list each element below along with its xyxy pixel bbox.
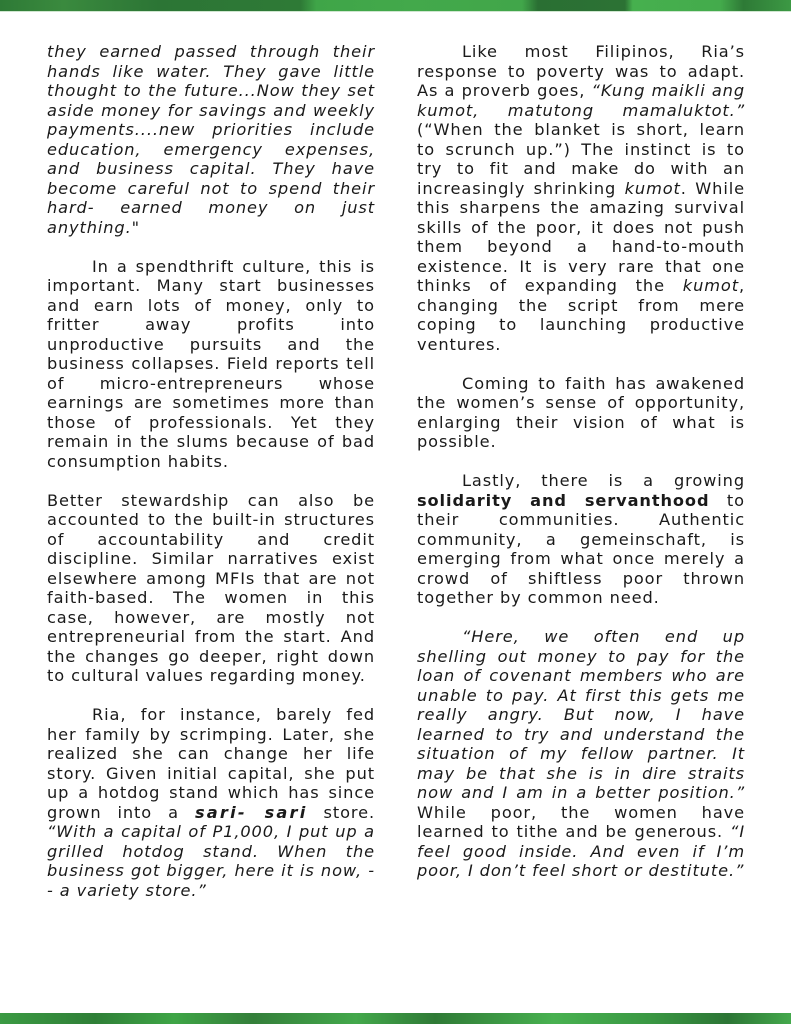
paragraph-ria-story: Ria, for instance, barely fed her family… bbox=[47, 705, 375, 900]
paragraph-text: While poor, the women have learned to ti… bbox=[417, 803, 745, 842]
right-column: Like most Filipinos, Ria’s response to p… bbox=[417, 42, 745, 900]
top-green-band bbox=[0, 0, 791, 12]
kumot-term: kumot bbox=[683, 276, 739, 295]
paragraph-coming-to-faith: Coming to faith has awakened the women’s… bbox=[417, 374, 745, 452]
paragraph-better-stewardship: Better stewardship can also be accounted… bbox=[47, 491, 375, 686]
solidarity-emphasis: solidarity and servanthood bbox=[417, 491, 709, 510]
bottom-green-band bbox=[0, 1013, 791, 1024]
paragraph-solidarity: Lastly, there is a growing solidarity an… bbox=[417, 471, 745, 608]
left-column: they earned passed through their hands l… bbox=[47, 42, 375, 920]
paragraph-text: Better stewardship can also be accounted… bbox=[47, 491, 375, 686]
quote-paragraph-savings: they earned passed through their hands l… bbox=[47, 42, 375, 237]
ria-quote: “With a capital of P1,000, I put up a gr… bbox=[47, 822, 375, 900]
paragraph-generosity-quote: “Here, we often end up shelling out mone… bbox=[417, 627, 745, 881]
quote-text: they earned passed through their hands l… bbox=[47, 42, 375, 237]
paragraph-text: In a spendthrift culture, this is import… bbox=[47, 257, 375, 471]
paragraph-text: store. bbox=[307, 803, 375, 822]
paragraph-text: Coming to faith has awakened the women’s… bbox=[417, 374, 745, 452]
paragraph-spendthrift-culture: In a spendthrift culture, this is import… bbox=[47, 257, 375, 472]
sari-sari-term: sari- sari bbox=[195, 803, 308, 822]
paragraph-adapt-proverb: Like most Filipinos, Ria’s response to p… bbox=[417, 42, 745, 354]
paragraph-text: Lastly, there is a growing bbox=[462, 471, 745, 490]
member-quote: “Here, we often end up shelling out mone… bbox=[417, 627, 745, 802]
kumot-term: kumot bbox=[625, 179, 681, 198]
